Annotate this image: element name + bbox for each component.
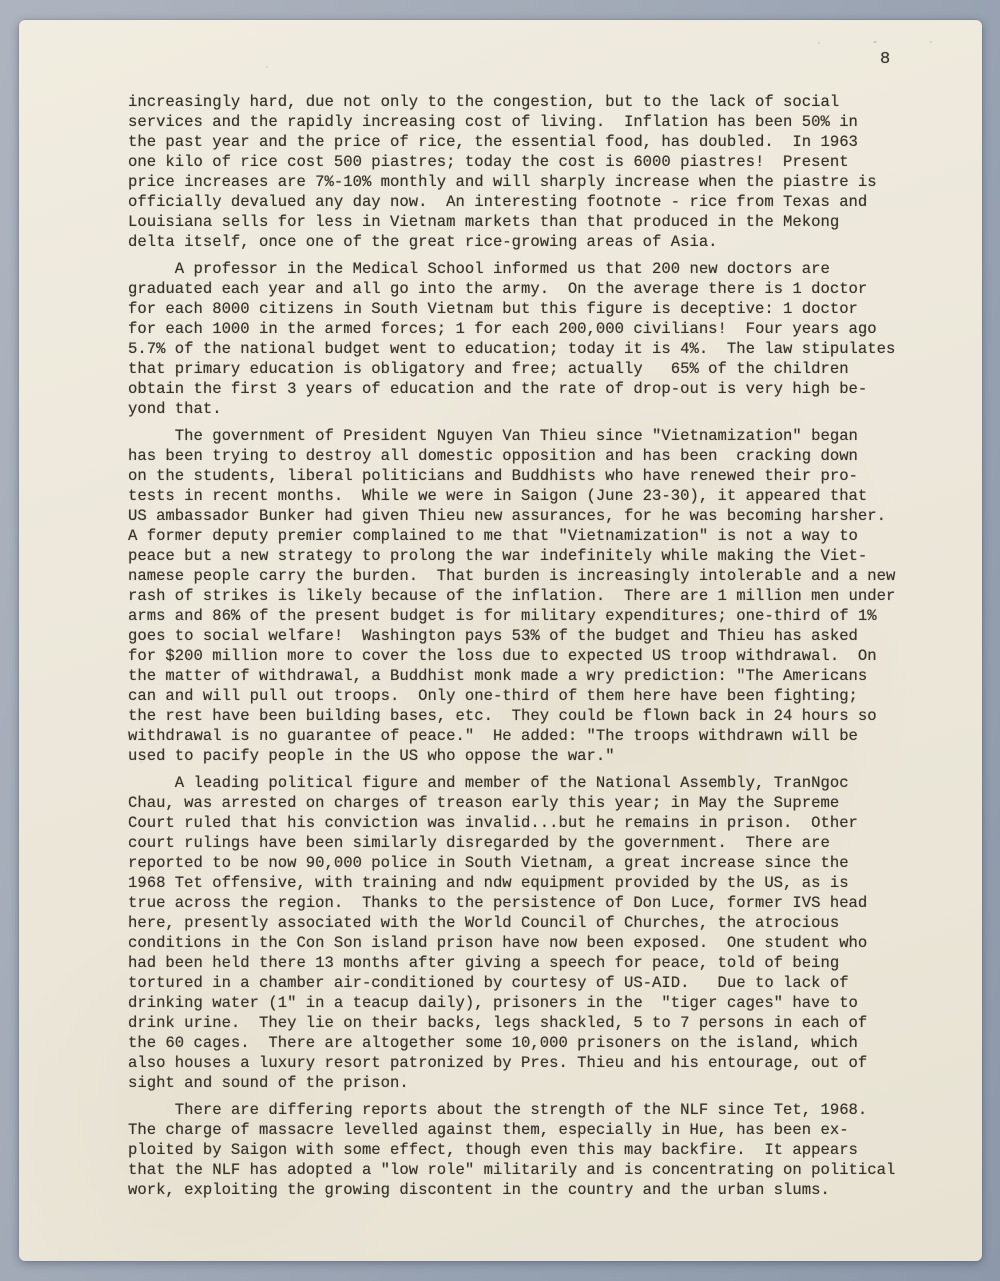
paragraph-doctors-education: A professor in the Medical School inform… bbox=[128, 259, 940, 419]
paragraph-tranngoc-chau-con-son: A leading political figure and member of… bbox=[128, 773, 940, 1093]
paragraph-nlf-strength: There are differing reports about the st… bbox=[128, 1100, 940, 1200]
page-number: 8 bbox=[880, 50, 890, 70]
paragraph-thieu-vietnamization: The government of President Nguyen Van T… bbox=[128, 426, 940, 766]
paragraph-inflation-rice: increasingly hard, due not only to the c… bbox=[128, 92, 940, 252]
photo-background: 8 increasingly hard, due not only to the… bbox=[0, 0, 1000, 1281]
page-body: increasingly hard, due not only to the c… bbox=[128, 92, 940, 1207]
document-page: 8 increasingly hard, due not only to the… bbox=[19, 20, 982, 1261]
